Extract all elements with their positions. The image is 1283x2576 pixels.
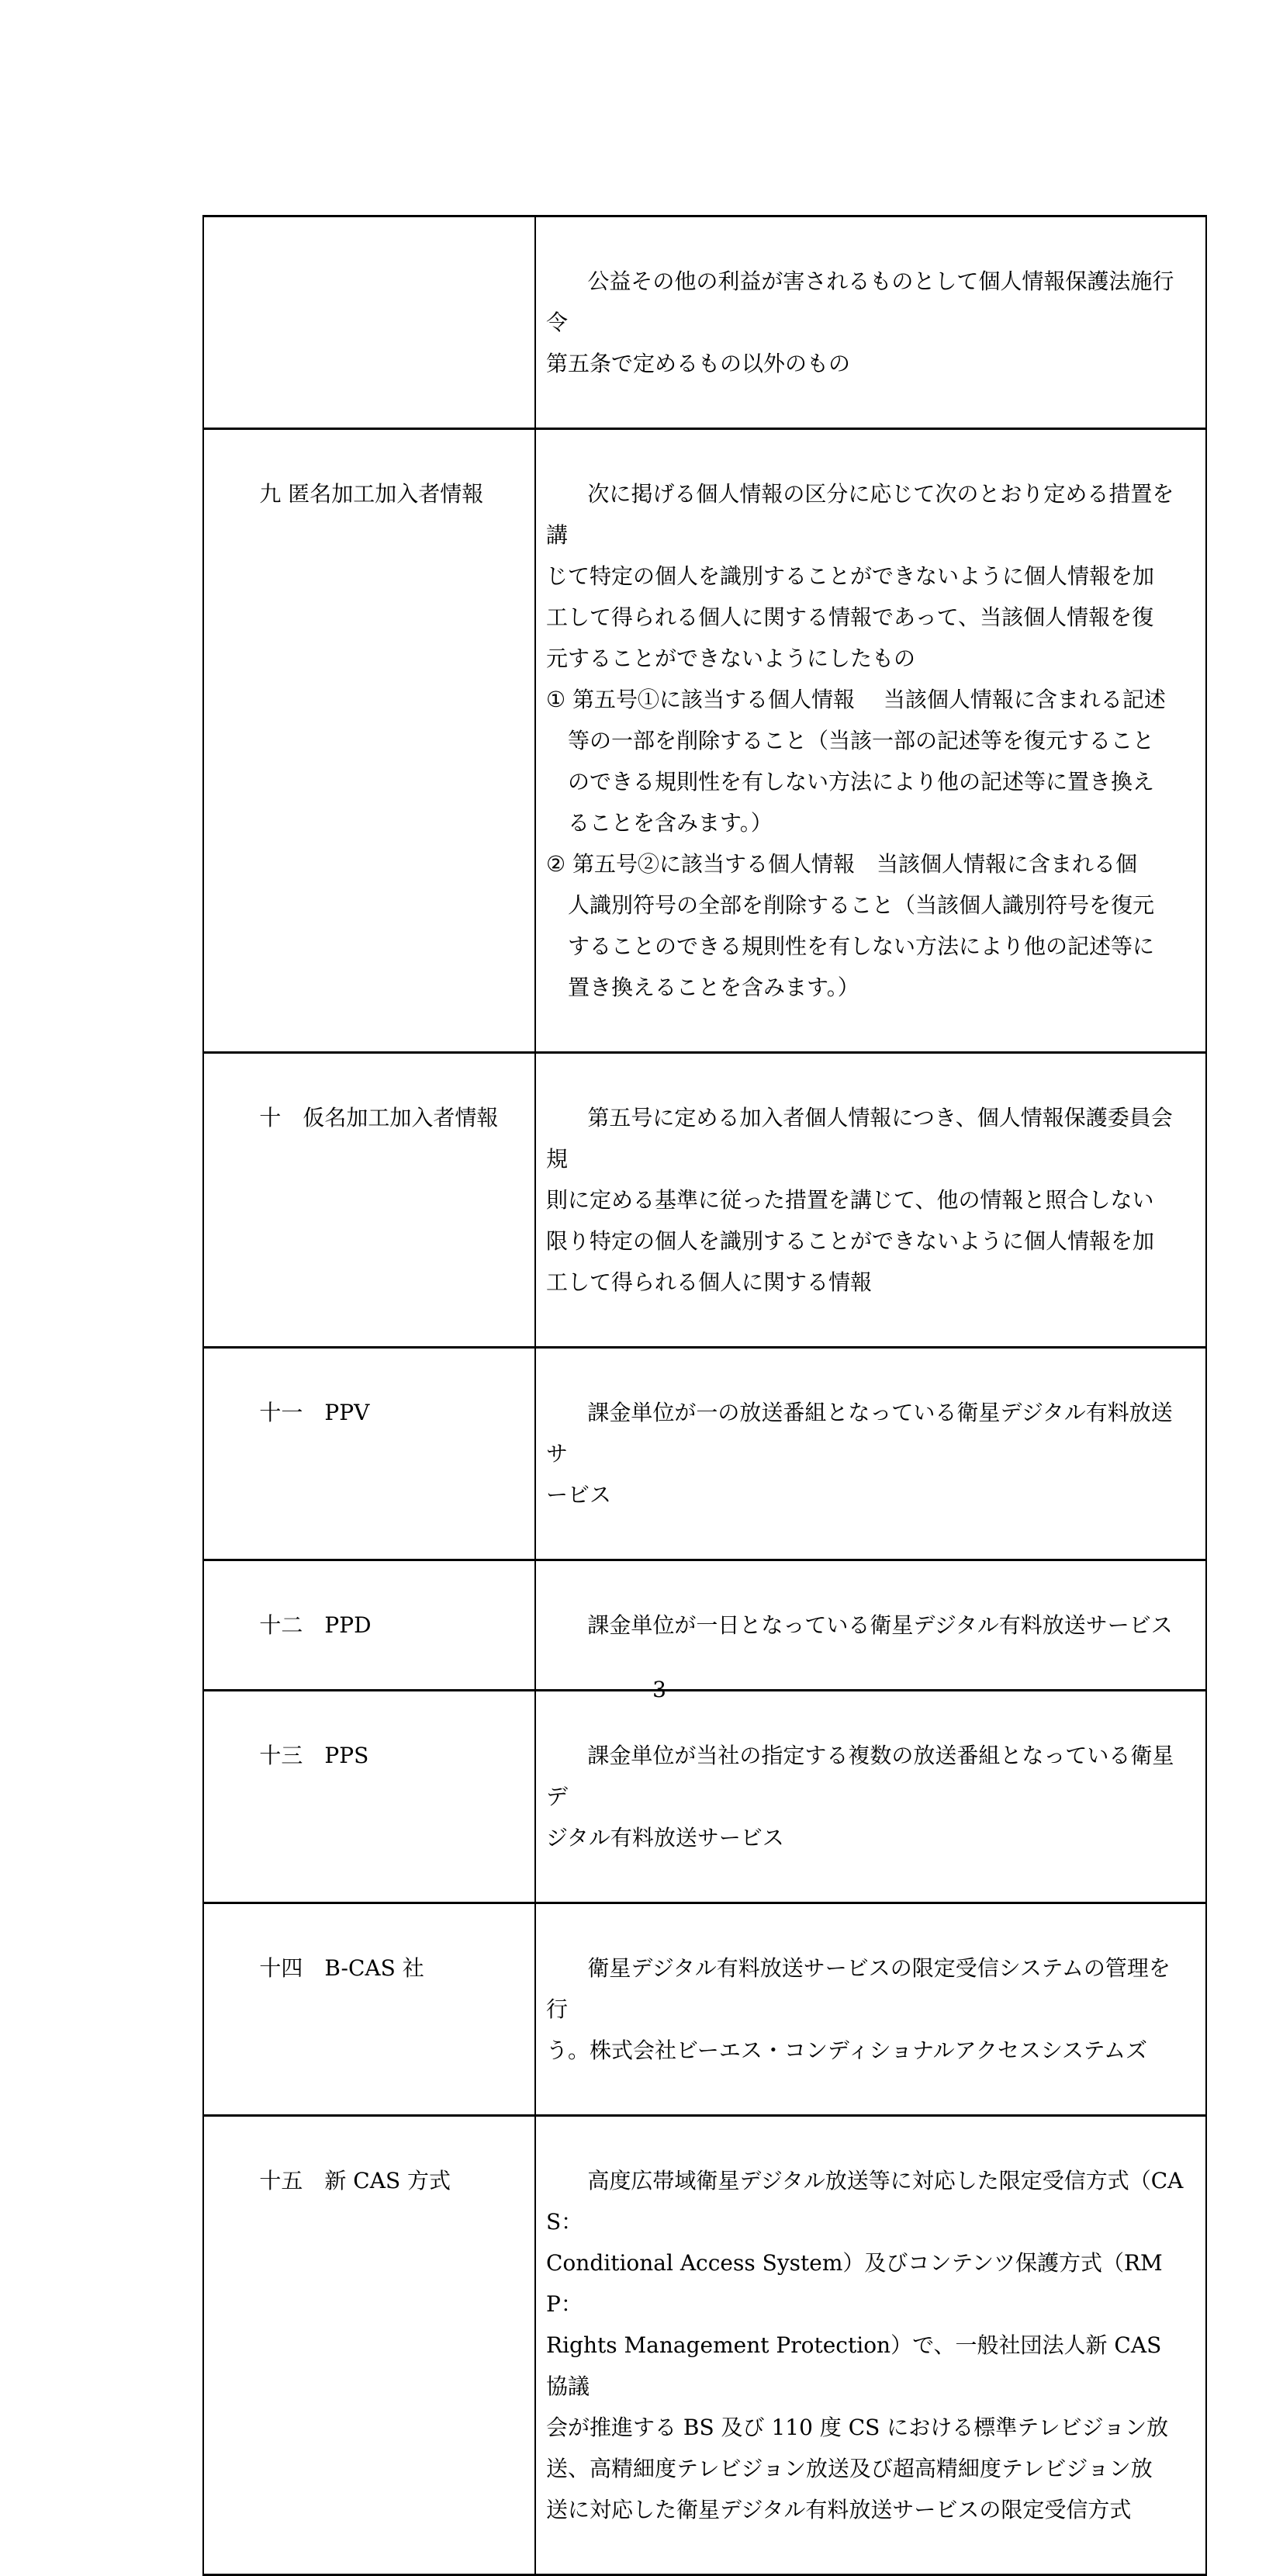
table-row: 十二 PPD 課金単位が一日となっている衛星デジタル有料放送サービス [203,1560,1206,1691]
definition-cell: 公益その他の利益が害されるものとして個人情報保護法施行令 第五条で定めるもの以外… [535,216,1206,429]
definition-cell: 課金単位が当社の指定する複数の放送番組となっている衛星デ ジタル有料放送サービス [535,1691,1206,1903]
table-row: 十 仮名加工加入者情報 第五号に定める加入者個人情報につき、個人情報保護委員会規… [203,1053,1206,1348]
page-number: 3 [0,1676,1283,1704]
table-row: 九 匿名加工加入者情報 次に掲げる個人情報の区分に応じて次のとおり定める措置を講… [203,429,1206,1053]
term-text: 十五 新 CAS 方式 [259,2168,451,2193]
definition-cell: 第五号に定める加入者個人情報につき、個人情報保護委員会規 則に定める基準に従った… [535,1053,1206,1348]
term-text: 十 仮名加工加入者情報 [259,1105,498,1130]
term-cell [203,216,535,429]
table-row: 十四 B-CAS 社 衛星デジタル有料放送サービスの限定受信システムの管理を行 … [203,1903,1206,2116]
term-cell: 十三 PPS [203,1691,535,1903]
term-cell: 九 匿名加工加入者情報 [203,429,535,1053]
table-row: 十五 新 CAS 方式 高度広帯域衛星デジタル放送等に対応した限定受信方式（CA… [203,2116,1206,2575]
definition-cell: 課金単位が一日となっている衛星デジタル有料放送サービス [535,1560,1206,1691]
term-text: 十三 PPS [259,1743,368,1768]
definition-text: 次に掲げる個人情報の区分に応じて次のとおり定める措置を講 じて特定の個人を識別す… [546,481,1174,1000]
term-text: 十四 B-CAS 社 [259,1955,424,1981]
table-row: 公益その他の利益が害されるものとして個人情報保護法施行令 第五条で定めるもの以外… [203,216,1206,429]
definition-text: 公益その他の利益が害されるものとして個人情報保護法施行令 第五条で定めるもの以外… [546,268,1174,376]
term-cell: 十 仮名加工加入者情報 [203,1053,535,1348]
term-cell: 十四 B-CAS 社 [203,1903,535,2116]
term-text: 十一 PPV [259,1400,369,1425]
term-text: 十二 PPD [259,1612,371,1638]
table-row: 十一 PPV 課金単位が一の放送番組となっている衛星デジタル有料放送サ ービス [203,1348,1206,1560]
document-page: 公益その他の利益が害されるものとして個人情報保護法施行令 第五条で定めるもの以外… [0,0,1283,1815]
definition-cell: 課金単位が一の放送番組となっている衛星デジタル有料放送サ ービス [535,1348,1206,1560]
definitions-table-body: 公益その他の利益が害されるものとして個人情報保護法施行令 第五条で定めるもの以外… [203,216,1206,2575]
definition-text: 課金単位が一日となっている衛星デジタル有料放送サービス [587,1612,1172,1638]
term-cell: 十一 PPV [203,1348,535,1560]
definition-cell: 衛星デジタル有料放送サービスの限定受信システムの管理を行 う。株式会社ビーエス・… [535,1903,1206,2116]
definition-cell: 高度広帯域衛星デジタル放送等に対応した限定受信方式（CAS： Condition… [535,2116,1206,2575]
definitions-table: 公益その他の利益が害されるものとして個人情報保護法施行令 第五条で定めるもの以外… [202,215,1207,2576]
definition-text: 課金単位が当社の指定する複数の放送番組となっている衛星デ ジタル有料放送サービス [546,1743,1174,1851]
table-row: 十三 PPS 課金単位が当社の指定する複数の放送番組となっている衛星デ ジタル有… [203,1691,1206,1903]
definition-text: 課金単位が一の放送番組となっている衛星デジタル有料放送サ ービス [546,1400,1173,1508]
term-text: 九 匿名加工加入者情報 [259,481,483,507]
definition-text: 衛星デジタル有料放送サービスの限定受信システムの管理を行 う。株式会社ビーエス・… [546,1955,1171,2063]
definition-text: 高度広帯域衛星デジタル放送等に対応した限定受信方式（CAS： Condition… [546,2168,1183,2522]
definition-text: 第五号に定める加入者個人情報につき、個人情報保護委員会規 則に定める基準に従った… [546,1105,1173,1295]
term-cell: 十二 PPD [203,1560,535,1691]
term-cell: 十五 新 CAS 方式 [203,2116,535,2575]
definition-cell: 次に掲げる個人情報の区分に応じて次のとおり定める措置を講 じて特定の個人を識別す… [535,429,1206,1053]
